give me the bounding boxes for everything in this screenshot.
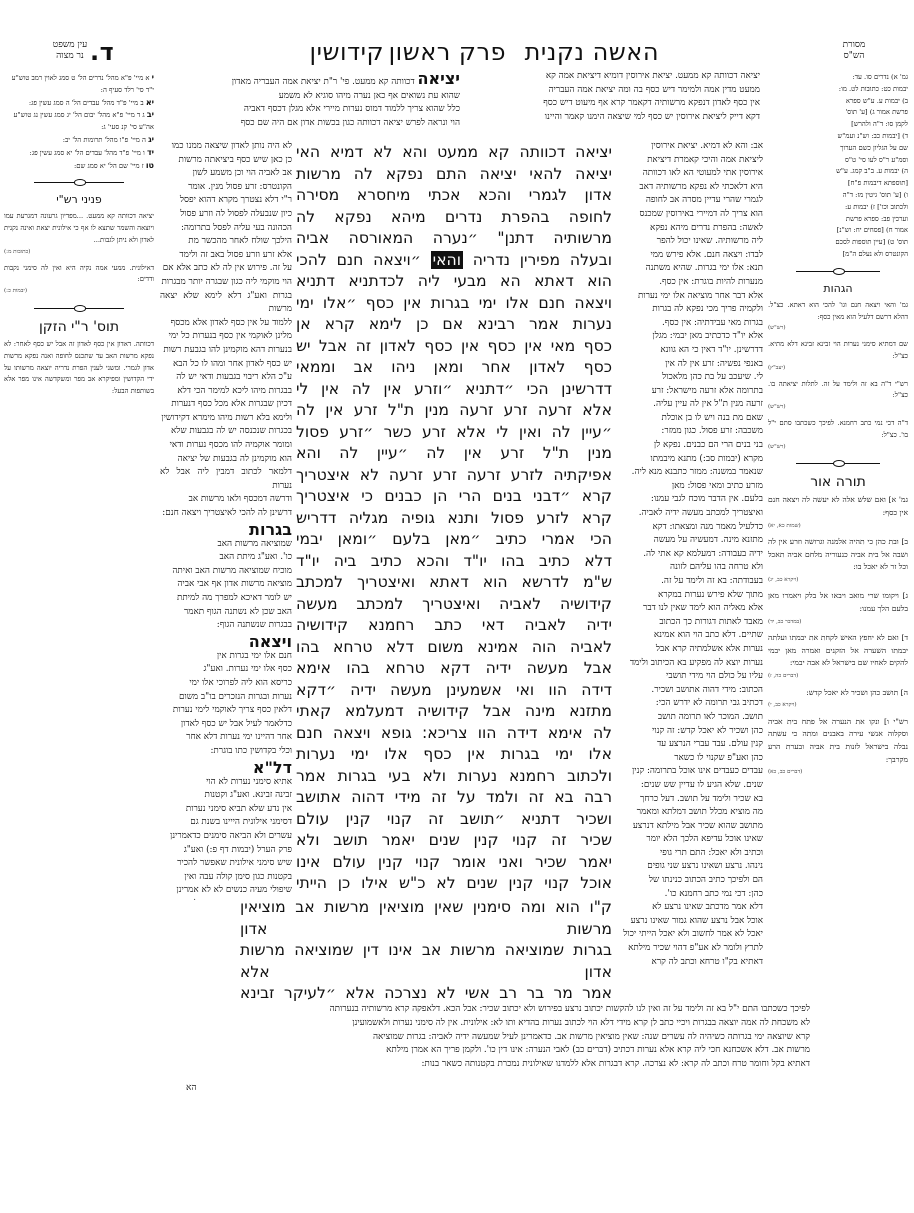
margin-entry: שם דמתיא סימני נערות הוי זבינא זבינא דלא… bbox=[768, 339, 908, 374]
entry-source: (דברים כב, כא) bbox=[768, 766, 908, 779]
rashi-line: שהוא עת נשואים אף כאן נערה מיהו סוגיא לא… bbox=[160, 90, 460, 104]
gemara-line: אלו ימי בגרות אין כסף אלו ימי נערות bbox=[296, 744, 612, 766]
ein-mishpat: י א מיי' פ"א מהל' נדרים הל' ט סמג לאוין … bbox=[4, 72, 154, 172]
text-line: שיפולי מעיה כנשים לא לא אמרינן bbox=[160, 884, 292, 898]
rashi-heading-dela: דל"א bbox=[160, 759, 292, 776]
text-line: מזרע כתיב ומאי פסול: מאן bbox=[618, 480, 763, 494]
text-line: תושב. המוכר לאו תרומה תושב bbox=[618, 711, 763, 725]
entry-source: (רש"ש) bbox=[768, 442, 908, 454]
talmud-page: מסורת הש"ס האשה נקנית פרק ראשון קידושין … bbox=[0, 0, 914, 1213]
continuation-line: דאתיא בקל וחומר טרח וכתב לה קרא: לא נצרכ… bbox=[100, 1058, 810, 1072]
margin-entry: ד] ואם לא יחפץ האיש לקחת את יבמתו ועלתה … bbox=[768, 632, 908, 682]
entry-source: (יבמות כ:) bbox=[4, 286, 154, 298]
text-line: שמוציאה מרשות האב bbox=[160, 538, 292, 552]
right-margin: גמ' א) נדרים סו. עד:יבמות כט: כתובות לט.… bbox=[768, 72, 908, 1072]
text-line: כסף אלו ימי נערות. ואע"ג bbox=[160, 663, 292, 677]
text-line: ולימא בלא רשות מיהו מימרא דקידושין bbox=[160, 412, 292, 426]
rashi-column: לא היה נותן לאדון שיצאה ממנו כמוכן כאן ש… bbox=[160, 140, 292, 900]
text-line: עשרים ולא הביאה סימנים כדאמרינן bbox=[160, 830, 292, 844]
commentary-continuation: לפיכך כשכתבו התם י"ל בא זה ולימד על זה ו… bbox=[100, 1003, 810, 1072]
rashi-heading-bagrut: בגרות bbox=[160, 521, 292, 538]
text-line: [תוספתא דיבמות פ"ח] bbox=[768, 178, 908, 190]
rashi-line: דכוותה קא ממעט. פי' ר"ת יציאת אמה העבריה… bbox=[232, 77, 415, 87]
text-line: אמור ח) [פסחים יח: וש"נ] bbox=[768, 225, 908, 237]
margin-entry: רש"י ו] ונקו את הנערה אל פתח בית אביה וס… bbox=[768, 716, 908, 779]
gemara-line: כסף מאי אין כסף אין כסף לאדון זה אבל יש bbox=[296, 336, 612, 358]
text-line: כהן: דכי נמי כתב רחמנא כו'. bbox=[618, 888, 763, 902]
margin-entry: ד"ה דכי נמי כתב רחמנא. לפיכך כשכתבו סתם … bbox=[768, 418, 908, 453]
ein-mishpat-entry: טו ז מיי' שם הל' יא סמג שם: bbox=[4, 160, 154, 173]
entry-marker: יג bbox=[148, 135, 154, 144]
gemara-line: אומר תושב זה קנוי קנין שנים אבל קנוי bbox=[296, 895, 612, 897]
text-line: הכתוב: מידי דהוה אתושב ושכיר. bbox=[618, 684, 763, 698]
ein-mishpat-entry: י א מיי' פ"א מהל' נדרים הל' ט סמג לאוין … bbox=[4, 72, 154, 97]
margin-entry: ב] ובת כהן כי תהיה אלמנה וגרושה וזרע אין… bbox=[768, 536, 908, 586]
text-line: דאתיא בק"ו טרחא וכתב לה קרא bbox=[618, 956, 763, 970]
text-line: בגרות ואע"ג דלא לימא שלא יצאה מרשות bbox=[160, 290, 292, 317]
margin-entry: ה] תושב כהן ושכיר לא יאכל קדש:(ויקרא כב,… bbox=[768, 687, 908, 712]
masoret-heading-line2: הש"ס bbox=[824, 51, 884, 62]
text-line: אוכל אבל נרצע שהוא גמור שאינו נרצע bbox=[618, 915, 763, 929]
gemara-line: ובעלה מפירין נדריה והאי ״ויצאה חנם להכי bbox=[296, 250, 612, 272]
text-line: אלא זרע וזרע פסול באב זה ולימד bbox=[160, 249, 292, 263]
text-line: מנערות להיות בוגרת: אין כסף. bbox=[618, 276, 763, 290]
tosafot-line: יציאה דכוותה קא ממעט. יציאת אירוסין דומי… bbox=[465, 70, 760, 84]
margin-entry: גמ' א] ואם שלש אלה לא יעשה לה ויצאה חנם … bbox=[768, 494, 908, 532]
entry-marker: יא bbox=[146, 98, 154, 107]
likutei-rashi-title: פניני רש"י bbox=[4, 192, 154, 208]
text-line: ללמוד על אין כסף לאדון אלא מכסף bbox=[160, 317, 292, 331]
text-line: מוכיח שמוציאה מרשות האב ואיתה bbox=[160, 565, 292, 579]
masoret-heading-line1: מסורת bbox=[824, 40, 884, 51]
gemara-line: יציאה דכוותה קא ממעט והא לא דמיא האי bbox=[296, 142, 612, 164]
gemara-line: יאמר שכיר ואני אומר קנוי קנין עולם אינו bbox=[296, 852, 612, 874]
text-line: ודרשה דמכסף ולאו מרשות אב bbox=[160, 493, 292, 507]
page-catchword: הא bbox=[186, 1082, 197, 1093]
text-line: לא היה נותן לאדון שיצאה ממנו כמו bbox=[160, 140, 292, 154]
hagahot: גמ' והאי ויצאה חנם וגו' להכי הוא דאתא. כ… bbox=[768, 300, 908, 454]
text-line: בלעם. אין הדבר מוכח לגבי עמנו: bbox=[618, 493, 763, 507]
text-line: אב לאביה הוי וכן משמע לשון bbox=[160, 167, 292, 181]
text-line: מתוך שלא פירש נערות במקרא bbox=[618, 589, 763, 603]
text-line: יש לומר דאיכא למפרך מה למיתת bbox=[160, 592, 292, 606]
gemara-line: ״עיין לה ואין לי אלא זרע כשר ״זרע פסול bbox=[296, 422, 612, 444]
chapter-name: האשה נקנית bbox=[525, 38, 659, 66]
gemara-line: לאביה הוה אמינא משום דלא טרחא בהו bbox=[296, 637, 612, 659]
text-line: כדלעיל מאמר מנה ומצאתו: דקא bbox=[618, 521, 763, 535]
text-line: גמ' א) נדרים סו. עד: bbox=[768, 72, 908, 84]
text-line: ליציאת אמה והיכי קאמרת דיציאת bbox=[618, 154, 763, 168]
text-line: שאינו אוכל עדיפא הלכך הלא יומר bbox=[618, 833, 763, 847]
gemara-line: הוא דאתא הא מבעי ליה לכדתניא דתניא bbox=[296, 271, 612, 293]
text-line: עבדים כעבדים אינו אוכל בתרומה: קנין bbox=[618, 765, 763, 779]
margin-entry: רש"י ד"ה בא זה ולימד על זה. לתלות יציאתה… bbox=[768, 379, 908, 414]
gemara-line: מתזנא מינה אבל קידושיה דמעלמא קאתי bbox=[296, 701, 612, 723]
tosafot-line: דקא דייק ליציאת אירוסין יש כסף למי שיצאה… bbox=[465, 111, 760, 125]
gemara-line: אבל מעשה ידיה דקא טרחא בהו אימא bbox=[296, 658, 612, 680]
text-line: ב) יבמות ע. ע"ש ספרא bbox=[768, 96, 908, 108]
left-margin: י א מיי' פ"א מהל' נדרים הל' ט סמג לאוין … bbox=[4, 72, 154, 632]
entry-source: (ויקרא כב, י) bbox=[768, 699, 908, 712]
text-line: אלא דבר אחר מוציאה אלו ימי נערות bbox=[618, 290, 763, 304]
text-line: דלא אמר מדכתב שאינו נרצע לא bbox=[618, 901, 763, 915]
entry-marker: טו bbox=[146, 161, 154, 170]
text-line: זרעה מנין ת"ל אין לה עיין עליה. bbox=[618, 398, 763, 412]
entry-text: ז מיי' שם הל' יא סמג שם: bbox=[74, 162, 144, 170]
likutei-rashi: יציאה דכוותה קא ממעט. ...מפדיון גרעונה ד… bbox=[4, 211, 154, 298]
text-line: ו) [ע' תוס' גיטין מז: ד"ה bbox=[768, 190, 908, 202]
rashi-line: כלל שהוא צריך ללמוד דמוס נערות מיירי אלא… bbox=[160, 103, 460, 117]
chapter-number: פרק ראשון bbox=[389, 38, 506, 66]
gemara-line: לחופה בהפרת נדרים מיהא נפקא לה bbox=[296, 207, 612, 229]
ein-mishpat-entry: יב ג ד מיי' פ"א מהל' יבום הל' יג סמג עשי… bbox=[4, 109, 154, 134]
rashi-dibur-hamatchil: יציאה bbox=[417, 70, 460, 88]
text-line: כריסא הוא ליה לפרוכי אלו ימי bbox=[160, 677, 292, 691]
text-line: תוס' ט) [עיין תוספות לסכם bbox=[768, 237, 908, 249]
gemara-line: דדרשינן הכי ״דתניא ״וזרע אין לה אין לי bbox=[296, 379, 612, 401]
text-line: בנערות דהא מוקמינן להו בגבעת רשות bbox=[160, 344, 292, 358]
text-line: בגרות מאי עבידתיה: אין כסף. bbox=[618, 317, 763, 331]
text-line: מוציאה מרשות אדון אף אבי אביה bbox=[160, 578, 292, 592]
text-line: שאם מת בנה ויש לו בן אוכלת bbox=[618, 412, 763, 426]
text-line: נערות ובגרות הנזכרים בו"ב משום bbox=[160, 691, 292, 705]
entry-text: שם דמתיא סימני נערות הוי זבינא זבינא דלא… bbox=[768, 339, 908, 363]
tosafot-rid-title: תוס' ר"י הזקן bbox=[4, 318, 154, 336]
ornament-divider bbox=[796, 267, 880, 275]
text-line: שנאמר במשנה: ממזר כתבנא מנא ליה. bbox=[618, 466, 763, 480]
torah-or: גמ' א] ואם שלש אלה לא יעשה לה ויצאה חנם … bbox=[768, 494, 908, 778]
text-line: לבדו: ויצאה חנם. אלא פירש ממי bbox=[618, 249, 763, 263]
tosafot-column: אב: והא לא דמיא. יציאת אירוסיןליציאת אמה… bbox=[618, 140, 763, 1000]
text-line: בא שכיר ולימד על תושב. דעל כרחך bbox=[618, 793, 763, 807]
text-line: אלא יו"ד כדכתיב מאן יבמי: מגלן bbox=[618, 330, 763, 344]
ein-mishpat-entry: יד ו מיי' פ"ד מהל' עבדים הל' יא סמג עשין… bbox=[4, 147, 154, 160]
entry-text: גמ' א] ואם שלש אלה לא יעשה לה ויצאה חנם … bbox=[768, 494, 908, 519]
entry-source: (במדבר כב, יד) bbox=[768, 616, 908, 629]
rashi-line: הוי ונראה לפרש יציאה דכוותה כגון בכשות א… bbox=[160, 117, 460, 131]
text-line: קנין עולם. עבד עברי הנרצע עד bbox=[618, 738, 763, 752]
gemara-line: ש"מ לדרשא הוא דאתא ואיצטריך למכתב bbox=[296, 572, 612, 594]
text-line: אב: והא לא דמיא. יציאת אירוסין bbox=[618, 140, 763, 154]
entry-text: רש"י ו] ונקו את הנערה אל פתח בית אביה וס… bbox=[768, 716, 908, 766]
entry-source: (ויקרא כב, יג) bbox=[768, 574, 908, 587]
text-line: הקונטרס: זרע פסול מנין. אומר bbox=[160, 181, 292, 195]
entry-marker: יד bbox=[147, 148, 154, 157]
text-line: כהן ואע"פ שקנוי לו כשאר bbox=[618, 752, 763, 766]
text-line: שתיים. דלא כתב הוי הוא אמינא bbox=[618, 629, 763, 643]
ein-mishpat-heading-line2: נר מצוה bbox=[50, 51, 90, 62]
gemara-line: ולכתוב רחמנא נערות ולא בעי בגרות אמר bbox=[296, 766, 612, 788]
text-line: על זה. פירוש אין לה לא כתב אלא אם bbox=[160, 262, 292, 276]
gemara-line: אלא זרעה זרע זרעה מנין ת"ל זרע אין לה bbox=[296, 400, 612, 422]
gemara-wide-text: ק"ו הוא ומה סימנין שאין מוציאין מרשות אב… bbox=[240, 897, 612, 1007]
text-line: כהן ושכיר לא יאכל קדש: זה קנוי bbox=[618, 725, 763, 739]
tosafot-line: אין כסף לאדון דנפקא מרשותיה דקאמר קרא אף… bbox=[465, 97, 760, 111]
ein-mishpat-heading: עין משפט נר מצוה bbox=[50, 40, 90, 68]
text-line: נינהו. נרצע ושאינו נרצע שני גופים bbox=[618, 860, 763, 874]
gemara-line: ושכיר דתניא ״תושב זה קנוי קנין עולם bbox=[296, 809, 612, 831]
text-line: לאשה: בהפרת נדרים מיהא נפקא bbox=[618, 222, 763, 236]
text-line: בני בנים הרי הם כבנים. נפקא לן bbox=[618, 439, 763, 453]
gemara-line: דלא כתיב בהו יו"ד והכא כתיב ביה יו"ד bbox=[296, 551, 612, 573]
tosafot-line: ממעט מדין אמה ולמימר דיש כסף בה ומה יציא… bbox=[465, 84, 760, 98]
gemara-line: ידיה לאביה דאי כתב רחמנא קידושיה bbox=[296, 615, 612, 637]
continuation-line: לפיכך כשכתבו התם י"ל בא זה ולימד על זה ו… bbox=[100, 1003, 810, 1017]
gemara-line: קרא לזרע פסול ותנא גופיה מגליה דדריש bbox=[296, 508, 612, 530]
entry-source: (רש"ש) bbox=[768, 402, 908, 414]
text-line: מלינן לאוקמי אין כסף בנערות כל ימי bbox=[160, 330, 292, 344]
gemara-line: לה אימא דידה הוו צריכא: גופא ויצאה חנם bbox=[296, 723, 612, 745]
entry-text: יציאה דכוותה קא ממעט. ...מפדיון גרעונה ד… bbox=[4, 211, 154, 246]
text-line: ה) יבמות ע. ב"ב קמג. ע"ש bbox=[768, 166, 908, 178]
text-line: ליה מרשותיה. שאינו יכול להפר bbox=[618, 235, 763, 249]
text-line: בתרומה אלא זרעה מישראל: זרע bbox=[618, 385, 763, 399]
gemara-line: דידה הוו ואי אשמעינן מעשה ידיה ״דקא bbox=[296, 680, 612, 702]
highlighted-word: והאי bbox=[431, 251, 463, 269]
entry-source: (שמות כא, יא) bbox=[768, 520, 908, 533]
entry-text: א מיי' פ"א מהל' נדרים הל' ט סמג לאוין רמ… bbox=[12, 74, 154, 94]
text-line: יבמות כט: כתובות לט. מו: bbox=[768, 84, 908, 96]
text-line: פרק הערל (יבמות דף פ:) ואע"ג bbox=[160, 844, 292, 858]
tractate-name: קידושין bbox=[310, 38, 384, 66]
text-line: משכבה: זרע פסול. כגון ממזר: bbox=[618, 425, 763, 439]
text-line: פרשת אמור ג) [ע' תוס' bbox=[768, 107, 908, 119]
gemara-line: ויצאה חנם אלו ימי בגרות אין כסף ״אלו ימי bbox=[296, 293, 612, 315]
gemara-line: מרשותיה דתנן" ״נערה המאורסה אביה bbox=[296, 228, 612, 250]
text-line: יאכל לא אמר לחשוב ולא יאכל הייתי יכול bbox=[618, 928, 763, 942]
text-line: שיש סימני אילונית שאפשר להכיר bbox=[160, 857, 292, 871]
text-line: נערות אלא אשלמתיה קרא אבל bbox=[618, 643, 763, 657]
entry-text: ב מיי' פ"ד מהל' עבדים הל' ה סמג עשין פג: bbox=[29, 99, 144, 107]
tosafot-rid-text: דכוותה. דאדון אין כסף לאדון זה אבל יש כס… bbox=[4, 339, 154, 398]
gemara-line: הכי אמרי כתיב ״מאן בלעם ״ומאן יבמי bbox=[296, 529, 612, 551]
entry-text: ו מיי' פ"ד מהל' עבדים הל' יא סמג עשין פג… bbox=[30, 149, 145, 157]
gemara-line: נערות אמר רבינא אם כן לימא קרא אן bbox=[296, 314, 612, 336]
text-line: וסמ"ע ר"ס לעו סי' ט"ס bbox=[768, 155, 908, 167]
entry-marker: י bbox=[152, 73, 154, 82]
rashi-top-block: יציאה דכוותה קא ממעט. פי' ר"ת יציאת אמה … bbox=[160, 70, 460, 132]
masoret-hashas: גמ' א) נדרים סו. עד:יבמות כט: כתובות לט.… bbox=[768, 72, 908, 261]
gemara-main-text: יציאה דכוותה קא ממעט והא לא דמיא האייציא… bbox=[296, 142, 612, 896]
text-line: מתזנא מינה. דמעשיה על מעשה bbox=[618, 534, 763, 548]
text-line: דכיון שבגרות אלא מכל כסף דנערות bbox=[160, 398, 292, 412]
text-line: האב שכן לא נשתנה הגוף תאמר bbox=[160, 606, 292, 620]
gemara-line: מנין ת"ל זרע אין לה ״עיין לה והא bbox=[296, 443, 612, 465]
ein-mishpat-entry: יא ב מיי' פ"ד מהל' עבדים הל' ה סמג עשין … bbox=[4, 97, 154, 110]
text-line: דדרשינן. יו"ד דאין כי הא גוונא bbox=[618, 344, 763, 358]
text-line: דכתיב גבי תרומה לא ידרש הכי: bbox=[618, 697, 763, 711]
entry-text: ג] ויקומו שרי מואב ויבאו אל בלק ויאמרו מ… bbox=[768, 590, 908, 615]
text-line: ע"כ הלא ריבוי בגבעות ודאי יש לה bbox=[160, 371, 292, 385]
text-line: כדלאמר לעיל אבל יש כסף לאדון bbox=[160, 718, 292, 732]
text-line: הוי מוקמי ליה כגון שבגרה יותר מבגרות bbox=[160, 276, 292, 290]
text-line: הילכך שולח לאחר מהכשר מת bbox=[160, 235, 292, 249]
text-line: עליו על כולם הוי מידי תושבי bbox=[618, 670, 763, 684]
text-line: הקונטרס ולא נעלם ה"מ] bbox=[768, 249, 908, 261]
entry-text: רש"י ד"ה בא זה ולימד על זה. לתלות יציאתה… bbox=[768, 379, 908, 403]
text-line: ולקמיה פריך מכי נפקא לה בגרות bbox=[618, 303, 763, 317]
text-line: מאבד לאתות דגורות כך הכתוב bbox=[618, 616, 763, 630]
text-line: אין נדע שלא תביא סימני נערות bbox=[160, 803, 292, 817]
ornament-divider bbox=[796, 459, 880, 467]
entry-marker: יב bbox=[147, 110, 154, 119]
margin-entry: ג] ויקומו שרי מואב ויבאו אל בלק ויאמרו מ… bbox=[768, 590, 908, 628]
text-line: מה מוציא מכלל תושב דמלתא ומאמר bbox=[618, 806, 763, 820]
entry-text: ב] ובת כהן כי תהיה אלמנה וגרושה וזרע אין… bbox=[768, 536, 908, 574]
gemara-line: ק"ו הוא ומה סימנין שאין מוציאין מרשות אב… bbox=[240, 897, 612, 940]
text-line: ולא טרחה בהו עליהם לזונה bbox=[618, 561, 763, 575]
text-line: היא דלאכתי לא נפקא מרשותיה דאב bbox=[618, 181, 763, 195]
continuation-line: מרשות אב. דלא אשכחנא חכי ליה קרא אלא נער… bbox=[100, 1044, 810, 1058]
text-line: וכתיב ולא יאכל: התם תרי גופי bbox=[618, 847, 763, 861]
text-line: יש כסף לאדון אחר ומהו לו כל הבא bbox=[160, 358, 292, 372]
text-line: הוא מוקמינן לה בגבעות של יציאה bbox=[160, 453, 292, 467]
text-line: כן כאן שיש כסף ביציאתה מרשות bbox=[160, 154, 292, 168]
entry-source: (רש"ש) bbox=[768, 323, 908, 335]
text-line: דרשינן לה להכי לאיצטריך ויצאה חנם: bbox=[160, 507, 292, 521]
folio-number: ד. bbox=[90, 38, 114, 66]
ornament-divider bbox=[34, 178, 124, 186]
margin-entry: גמ' והאי ויצאה חנם וגו' להכי הוא דאתא. כ… bbox=[768, 300, 908, 335]
gemara-line: קרא ״דבני בנים הרי הן כבנים כי איצטריך bbox=[296, 486, 612, 508]
entry-text: ה] תושב כהן ושכיר לא יאכל קדש: bbox=[768, 687, 908, 700]
text-line: דלמאר לכתוב דמבין ליה אבל לא נערות bbox=[160, 466, 292, 493]
text-line: בקטנות כגון סימן קולה עבה ואין bbox=[160, 871, 292, 885]
entry-text: גמ' והאי ויצאה חנם וגו' להכי הוא דאתא. כ… bbox=[768, 300, 908, 324]
text-line: ולכתוב וכו'] ז) יבמות ע: bbox=[768, 202, 908, 214]
ein-mishpat-entry: יג ה מיי' פ"ו מהל' תרומות הל' יב: bbox=[4, 134, 154, 147]
text-line: אירוסין אתי למעוטי הא לאו דכוותה bbox=[618, 167, 763, 181]
text-line: זבינה זבינא. ואע"ג וקטנות bbox=[160, 789, 292, 803]
text-line: ד) [יבמות כב: וש"נ ועמ"ש bbox=[768, 131, 908, 143]
text-line: לי. שיעכב על בת כהן מלאכול bbox=[618, 371, 763, 385]
text-line: בכגרות שנכנסה יש לה בגבעות שלא bbox=[160, 425, 292, 439]
margin-entry: דאילונית. ממעי אמה נקיה היא ואין לה סימנ… bbox=[4, 263, 154, 298]
entry-source: (יעב"ץ) bbox=[768, 363, 908, 375]
text-line: ר"י דלא נצטרך מקרא דהוא יפסל bbox=[160, 194, 292, 208]
continuation-line: קרא שיוצאה ימי בגרותה כשיהיה לה עשרים שנ… bbox=[100, 1031, 810, 1045]
text-line: לקמן סו: ד"ה ולהרש] bbox=[768, 119, 908, 131]
text-line: חנם אלו ימי בגרות אין bbox=[160, 650, 292, 664]
gemara-line: קידושיה לאביה ואיצטריך למכתב מעשה bbox=[296, 594, 612, 616]
text-line: אחר דהיינו ימי נערות דלא אחר bbox=[160, 731, 292, 745]
text-line: ידיה בעבודה: דמעלמא קא אתי לה. bbox=[618, 548, 763, 562]
text-line: מתושב שהוא שכיר אבל מילתא דנרצע bbox=[618, 820, 763, 834]
text-line: בעבודתה: בא זה ולימד על זה. bbox=[618, 575, 763, 589]
entry-source: (כתובות מ:) bbox=[4, 247, 154, 259]
gemara-line: בגרות שמוציאה מרשות אב אינו דין שמוציאה … bbox=[240, 940, 612, 983]
gemara-line: יציאה להאי יציאה התם נפקא לה מרשות bbox=[296, 164, 612, 186]
text-line: כיון שנבעלה לפסול לה וזרע פסול bbox=[160, 208, 292, 222]
text-line: ומומר אוקמיה להו מכסף נערות ודאי bbox=[160, 439, 292, 453]
hagahot-title: הגהות bbox=[768, 281, 908, 297]
margin-entry: יציאה דכוותה קא ממעט. ...מפדיון גרעונה ד… bbox=[4, 211, 154, 258]
text-line: הם ולפיכך כתיב הכתוב כנינתו של bbox=[618, 874, 763, 888]
text-line: הוא צריך לה דמיירי באירוסין שמכנס bbox=[618, 208, 763, 222]
text-line: וכלי בקדושין כתו בוגרת: bbox=[160, 745, 292, 759]
text-line: שנים. שלא הגיע לו עדיין שש שנים: bbox=[618, 779, 763, 793]
text-line: תנא: אלו ימי בגרות. שהיא משתנה bbox=[618, 262, 763, 276]
text-line: דלאין כסף צריך לאוקמי לימי נערות bbox=[160, 704, 292, 718]
rashi-heading-veyatzah: ויצאה bbox=[160, 633, 292, 650]
text-line: לתרץ ולומר לא אע"פ דהוי שכיר מילתא bbox=[618, 942, 763, 956]
tosafot-top-block: יציאה דכוותה קא ממעט. יציאת אירוסין דומי… bbox=[465, 70, 760, 132]
entry-text: ג ד מיי' פ"א מהל' יבום הל' יג סמג עשין נ… bbox=[14, 111, 154, 131]
text-line: וערכין פב: ספרא פרשת bbox=[768, 214, 908, 226]
rashi-line: אתיא סימני נערות לא הוי bbox=[160, 776, 292, 790]
gemara-line: שכיר זה קנוי קנין שנים יאמר תושב ולא bbox=[296, 830, 612, 852]
entry-text: דאילונית. ממעי אמה נקיה היא ואין לה סימנ… bbox=[4, 263, 154, 287]
text-line: גבי סריס עד שיהא עשרים ולא bbox=[160, 898, 292, 900]
gemara-line: כסף לאדון אחר ומאן ניהו אב וממאי bbox=[296, 357, 612, 379]
text-line: הכהונה בעי עליה לפסל בתרומה: bbox=[160, 222, 292, 236]
gemara-line: אדון לגמרי והכא אכתי מיחסרא מסירה bbox=[296, 185, 612, 207]
entry-source: (דברים כה, ז) bbox=[768, 670, 908, 683]
gemara-line: אוכל קנוי קנין שנים לא כ"ש אילו כן הייתי bbox=[296, 873, 612, 895]
torah-or-title: תורה אור bbox=[768, 473, 908, 491]
text-line: בבגרות מיהו ליכא למימר הכי דלא bbox=[160, 385, 292, 399]
entry-text: ה מיי' פ"ו מהל' תרומות הל' יב: bbox=[63, 136, 146, 144]
text-line: דסימני אילונית הייינו בשנת גם bbox=[160, 816, 292, 830]
text-line: בבגרות שנשתנה הגוף: bbox=[160, 619, 292, 633]
gemara-line: רבה בא זה ולמד על זה מידי דהוה אתושב bbox=[296, 787, 612, 809]
continuation-line: לא משכחת לה אמה יוצאה בבגרות ויכיי כתב ל… bbox=[100, 1017, 810, 1031]
text-line: ואיצטריך למכתב מעשה ידיה לאביה. bbox=[618, 507, 763, 521]
entry-text: ד] ואם לא יחפץ האיש לקחת את יבמתו ועלתה … bbox=[768, 632, 908, 670]
text-line: כו'. ואע"ג מיתת האב bbox=[160, 551, 292, 565]
text-line: לגמרי שהרי עדיין מסרה אב לחופה bbox=[618, 194, 763, 208]
masoret-hashas-heading: מסורת הש"ס bbox=[824, 40, 884, 68]
gemara-line: אפיקתיה לזרע זרעה זרע זרעה לא איצטריך bbox=[296, 465, 612, 487]
entry-text: ד"ה דכי נמי כתב רחמנא. לפיכך כשכתבו סתם … bbox=[768, 418, 908, 442]
text-line: באנפי נפשיה: זרע אין לה אין bbox=[618, 358, 763, 372]
ornament-divider bbox=[34, 304, 124, 312]
ein-mishpat-heading-line1: עין משפט bbox=[50, 40, 90, 51]
text-line: שם על הגליון כשם הערוך bbox=[768, 143, 908, 155]
text-line: אלא מאליה הוא לימד שאין לנו דבר bbox=[618, 602, 763, 616]
text-line: נערות יוצא לה מפקיע בא הכיתוב ולימד bbox=[618, 657, 763, 671]
text-line: מקרא (יבמות סב:) מתנא מיבמתו bbox=[618, 453, 763, 467]
